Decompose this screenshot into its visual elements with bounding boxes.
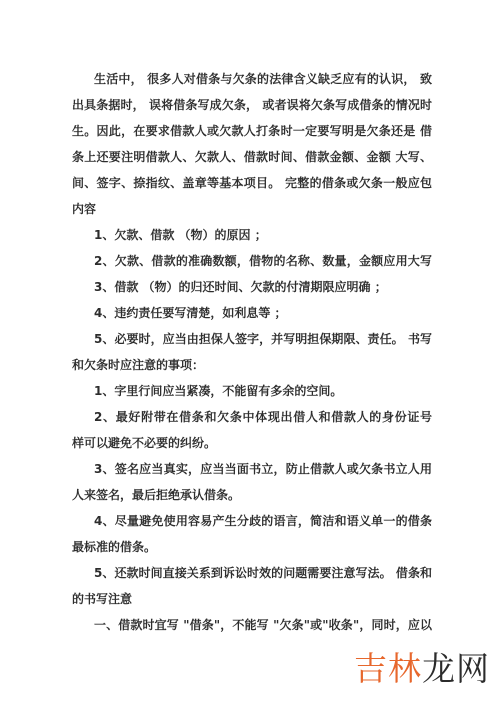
text-line: 2、欠款、借款的准确数额，借物的名称、数量，金额应用大写 表示； (72, 248, 432, 274)
text-line: 3、借款 （物）的归还时间、欠款的付清期限应明确 ； (72, 274, 432, 300)
text-line: 4、违约责任要写清楚，如利息等 ； (72, 300, 432, 326)
text-line: 内容 (72, 196, 432, 222)
text-line: 2、最好附带在借条和欠条中体现出借人和借款人的身份证号码， 这 (72, 404, 432, 430)
document-body: 生活中， 很多人对借条与欠条的法律含义缺乏应有的认识， 致使 在出具条据时， 误… (72, 66, 432, 638)
text-line: 的书写注意 (72, 586, 432, 612)
text-line: 生活中， 很多人对借条与欠条的法律含义缺乏应有的认识， 致使 在 (72, 66, 432, 92)
watermark: 吉林龙网 (354, 650, 490, 688)
text-line: 一、借款时宜写 "借条"，不能写 "欠条"或"收条"，同时，应以书 面 (72, 612, 432, 638)
text-line: 5、必要时，应当由担保人签字，并写明担保期限、责任。 书写借条 (72, 326, 432, 352)
watermark-part1: 吉林 (354, 649, 422, 688)
text-line: 5、还款时间直接关系到诉讼时效的问题需要注意写法。 借条和欠条 (72, 560, 432, 586)
text-line: 4、尽量避免使用容易产生分歧的语言，简洁和语义单一的借条 才是 (72, 508, 432, 534)
text-line: 和欠条时应注意的事项： (72, 352, 432, 378)
text-line: 间、签字、捺指纹、盖章等基本项目。 完整的借条或欠条一般应包括以下 (72, 170, 432, 196)
text-line: 1、字里行间应当紧凑，不能留有多余的空间。 (72, 378, 432, 404)
watermark-part2: 龙网 (422, 649, 490, 688)
text-line: 生。因此，在要求借款人或欠款人打条时一定要写明是欠条还是 借条，在 (72, 118, 432, 144)
text-line: 条上还要注明借款人、欠款人、借款时间、借款金额、金额 大写、还款时 (72, 144, 432, 170)
text-line: 出具条据时， 误将借条写成欠条， 或者误将欠条写成借条的情况时 有发 (72, 92, 432, 118)
text-line: 最标准的借条。 (72, 534, 432, 560)
text-line: 人来签名，最后拒绝承认借条。 (72, 482, 432, 508)
text-line: 1、欠款、借款 （物）的原因 ； (72, 222, 432, 248)
text-line: 样可以避免不必要的纠纷。 (72, 430, 432, 456)
text-line: 3、签名应当真实，应当当面书立，防止借款人或欠条书立人用 其他 (72, 456, 432, 482)
